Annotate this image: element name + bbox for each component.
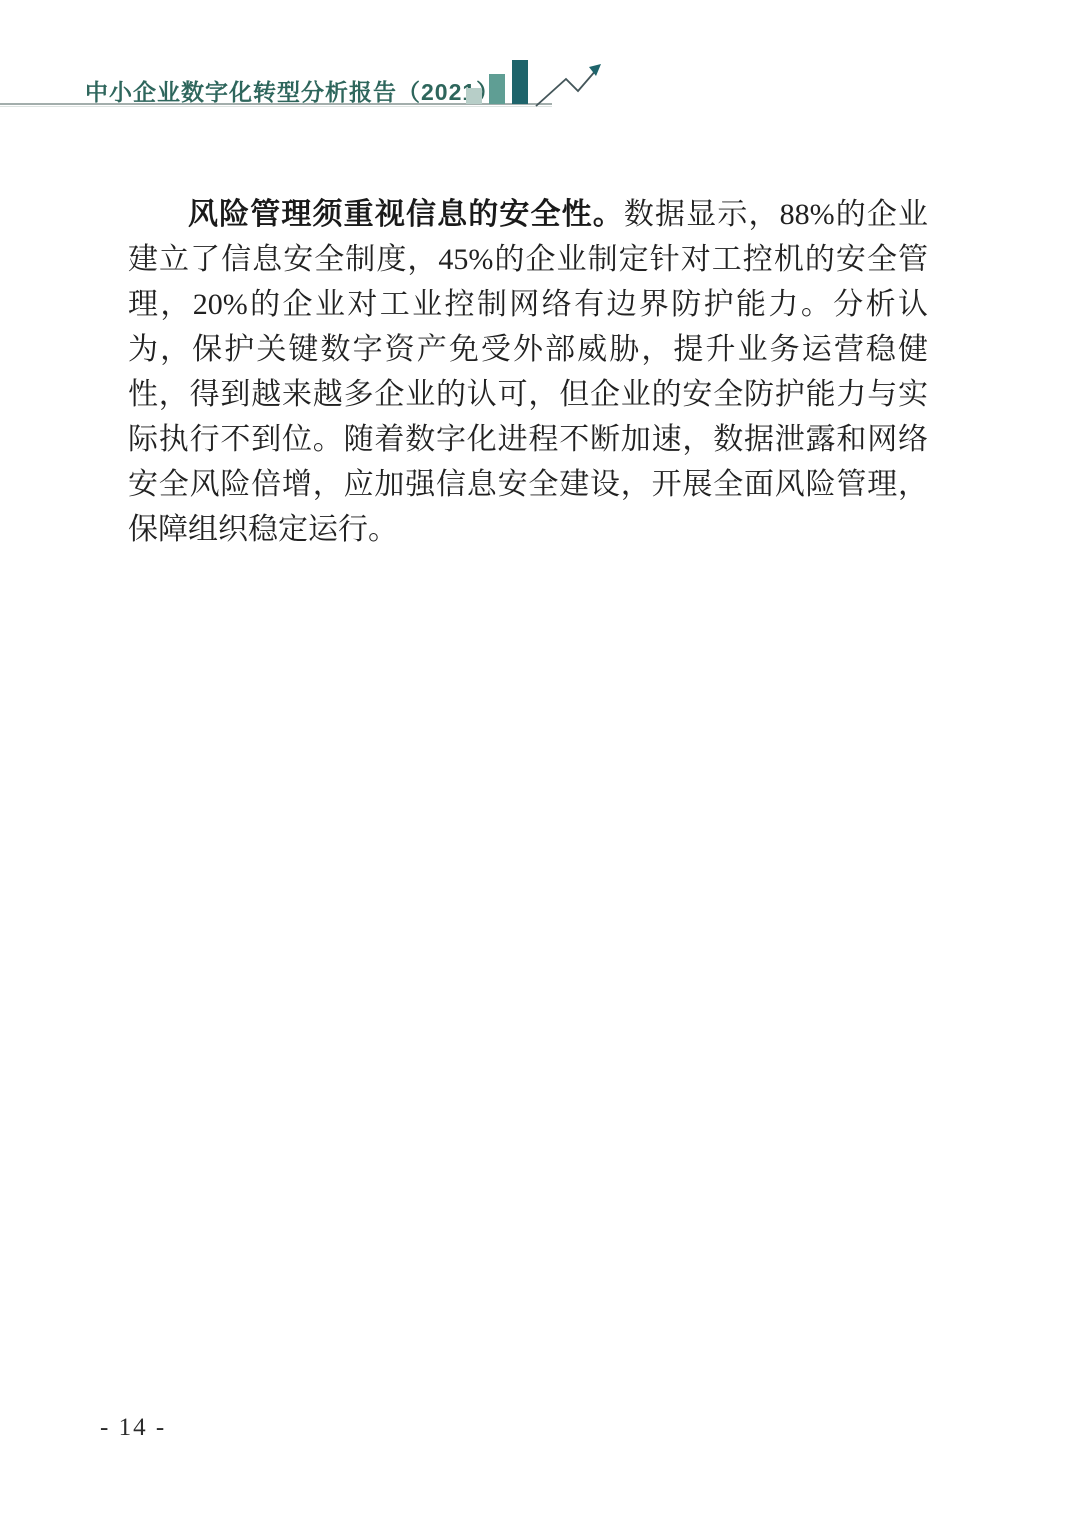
page-number: - 14 - [100,1414,166,1442]
report-page: 中小企业数字化转型分析报告（2021） 风险管理须重视信息的安全性。数据显示，8… [0,0,1080,1528]
paragraph-text: 数据显示，88%的企业建立了信息安全制度，45%的企业制定针对工控机的安全管理，… [128,198,928,546]
bar-chart-trend-arrow-icon [458,50,610,110]
page-header: 中小企业数字化转型分析报告（2021） [0,0,1080,130]
paragraph-lead-sentence: 风险管理须重视信息的安全性。 [188,198,624,231]
body-paragraph: 风险管理须重视信息的安全性。数据显示，88%的企业建立了信息安全制度，45%的企… [128,192,928,552]
